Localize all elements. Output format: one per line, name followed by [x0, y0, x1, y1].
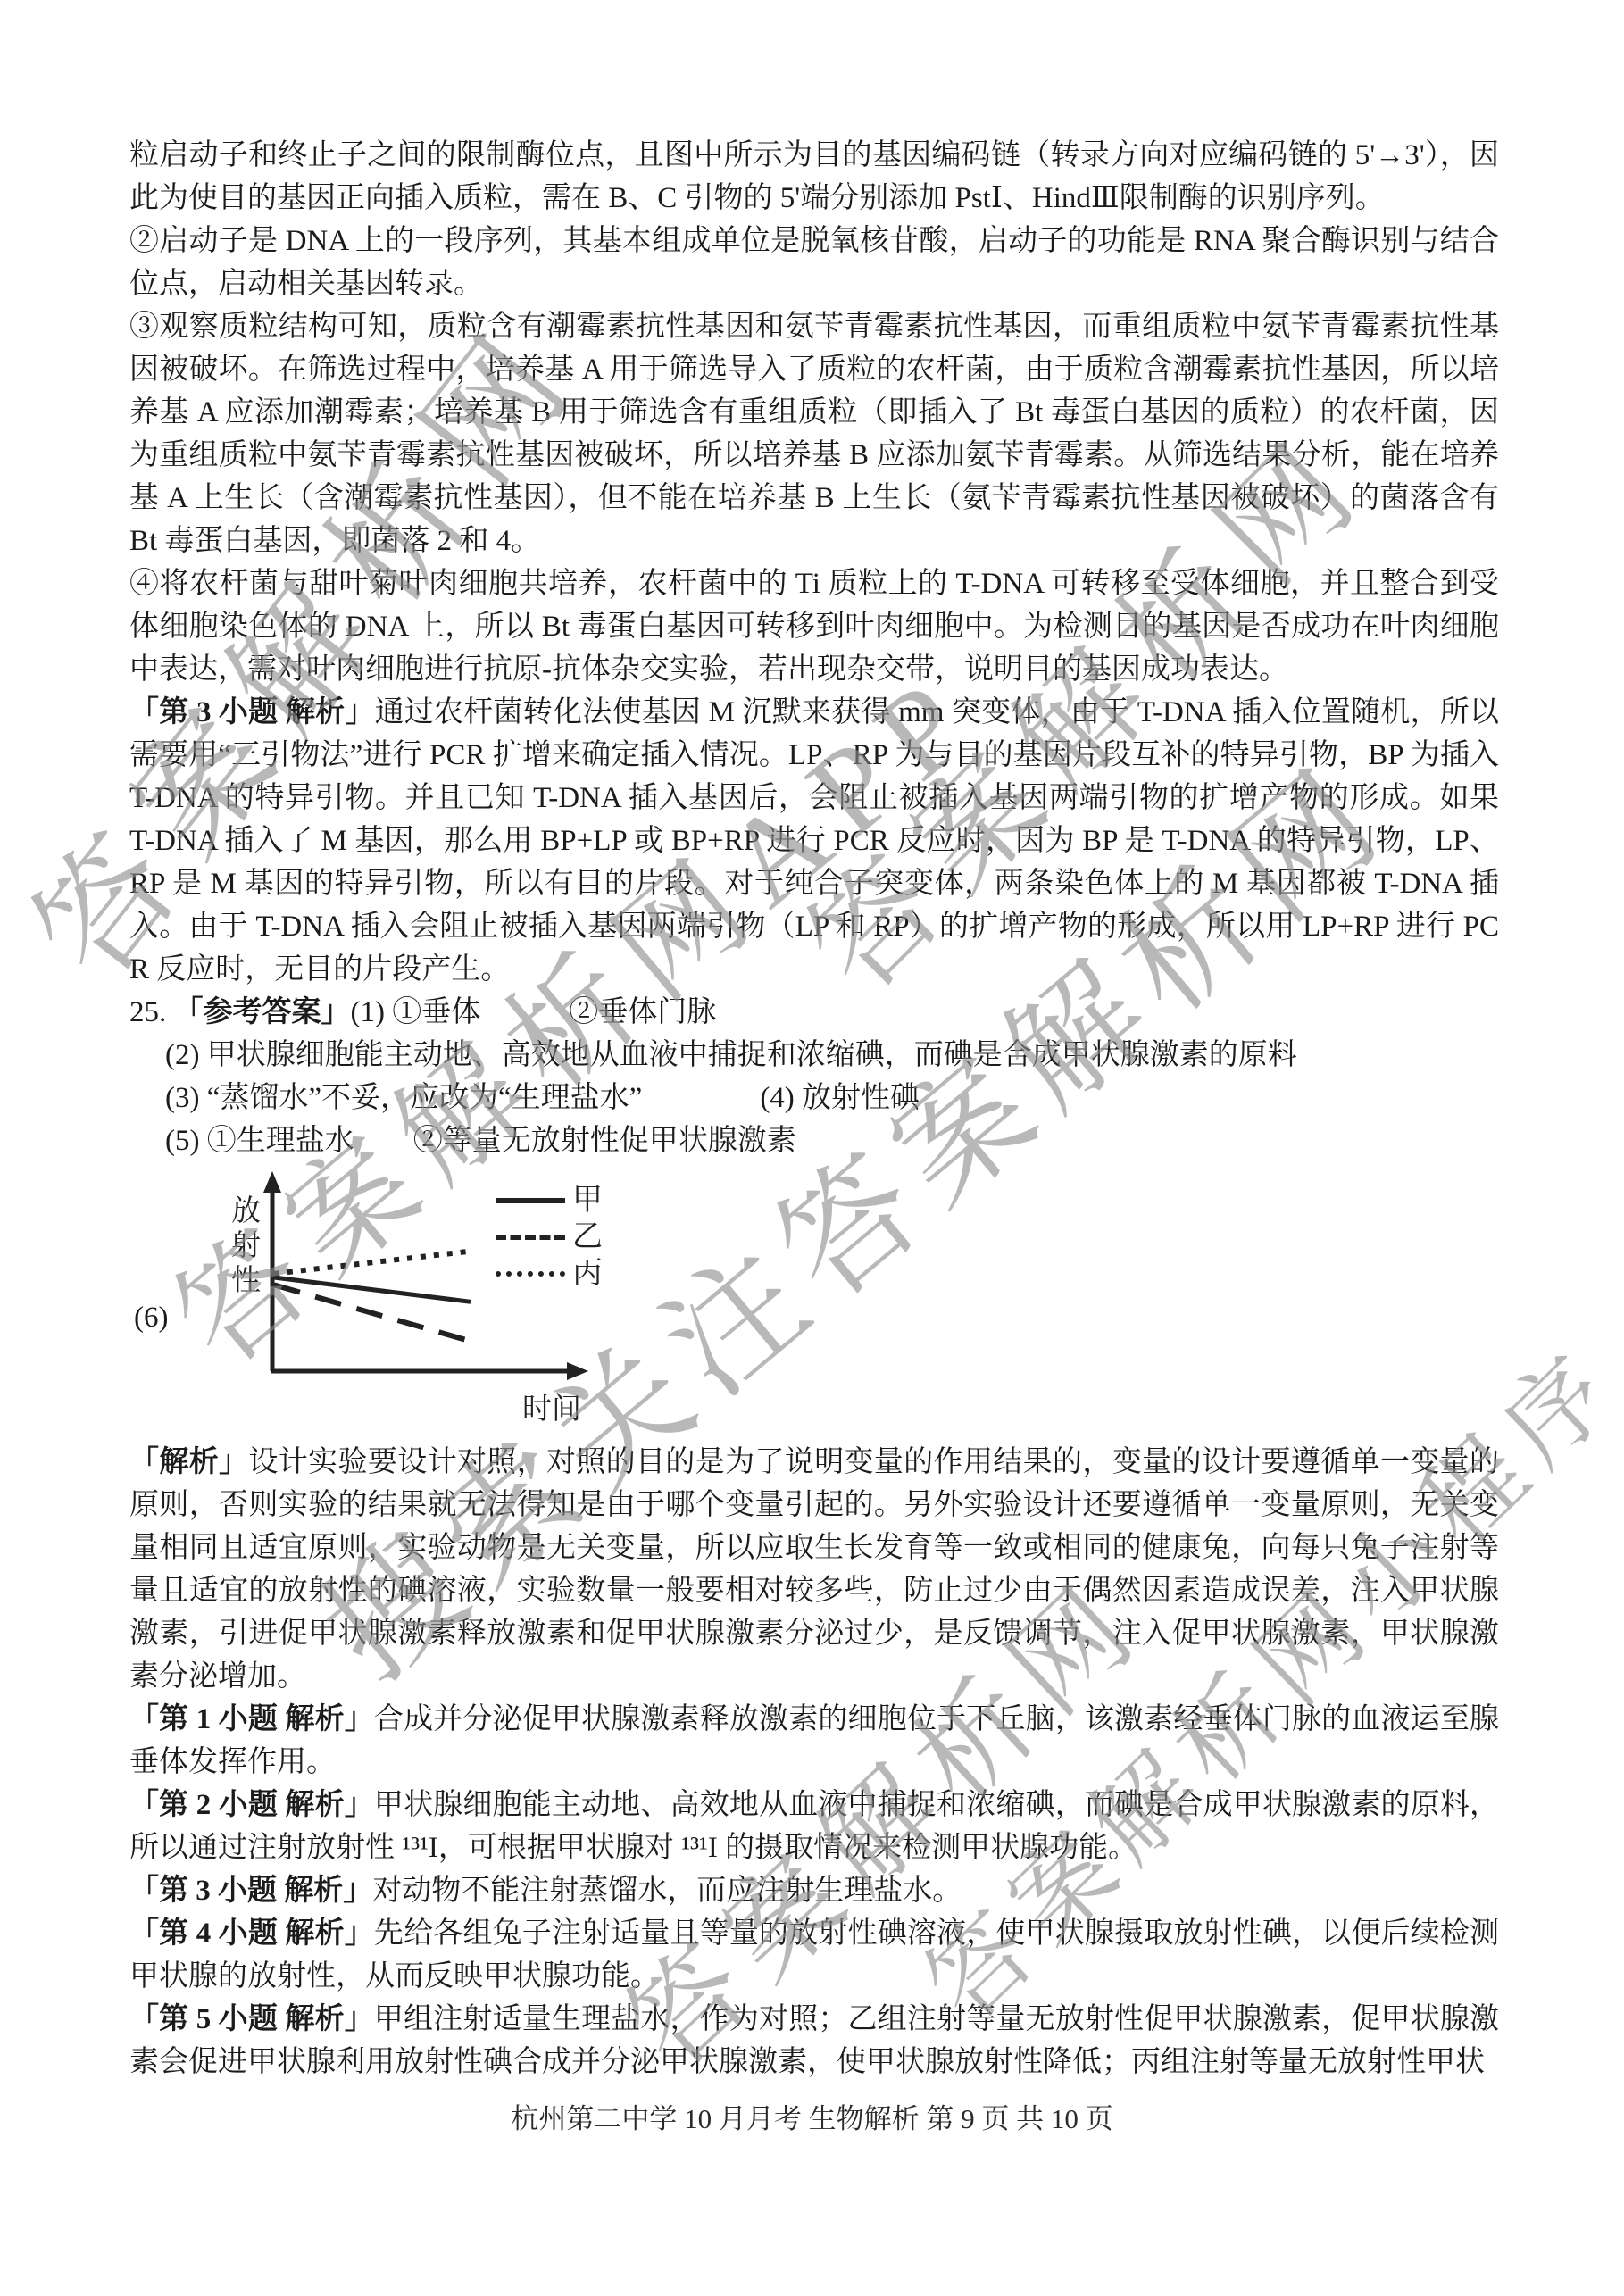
page-content: 粒启动子和终止子之间的限制酶位点，且图中所示为目的基因编码链（转录方向对应编码链… [129, 134, 1499, 2084]
paragraph-text: (1) ①垂体 ②垂体门脉 [351, 996, 717, 1028]
section-label: 「参考答案」 [174, 996, 351, 1028]
bottom-paragraph: 「第 3 小题 解析」对动物不能注射蒸馏水，而应注射生理盐水。 [129, 1869, 1499, 1912]
paragraph-text: (5) ①生理盐水 ②等量无放射性促甲状腺激素 [165, 1125, 796, 1157]
exam-answer-page: 答案解析网答案解析网APP答案解析网搜索关注答案解析网答案解析网答案解析网小程序… [0, 0, 1624, 2296]
section-label: 「解析」 [129, 1446, 248, 1478]
chart-legend: 甲乙丙 [496, 1182, 638, 1292]
top-paragraph: (3) “蒸馏水”不妥，应改为“生理盐水” (4) 放射性碘 [129, 1077, 1499, 1119]
bottom-paragraph: 「第 5 小题 解析」甲组注射适量生理盐水，作为对照；乙组注射等量无放射性促甲状… [129, 1998, 1499, 2084]
paragraph-text: ③观察质粒结构可知，质粒含有潮霉素抗性基因和氨苄青霉素抗性基因，而重组质粒中氨苄… [129, 311, 1499, 557]
legend-label: 甲 [572, 1185, 603, 1216]
legend-solid-line-icon [496, 1198, 565, 1203]
bottom-paragraph: 「第 4 小题 解析」先给各组兔子注射适量且等量的放射性碘溶液，使甲状腺摄取放射… [129, 1912, 1499, 1998]
top-paragraph: 「第 3 小题 解析」通过农杆菌转化法使基因 M 沉默来获得 mm 突变体，由于… [129, 691, 1499, 991]
page-footer: 杭州第二中学 10 月月考 生物解析 第 9 页 共 10 页 [0, 2096, 1624, 2136]
radioactivity-time-chart: 放射性 时间 甲乙丙 [212, 1166, 640, 1435]
top-paragraph: 粒启动子和终止子之间的限制酶位点，且图中所示为目的基因编码链（转录方向对应编码链… [129, 134, 1499, 220]
top-paragraph: ④将农杆菌与甜叶菊叶肉细胞共培养，农杆菌中的 Ti 质粒上的 T-DNA 可转移… [129, 562, 1499, 691]
top-paragraph: ③观察质粒结构可知，质粒含有潮霉素抗性基因和氨苄青霉素抗性基因，而重组质粒中氨苄… [129, 305, 1499, 562]
x-axis-arrow-icon [567, 1362, 588, 1380]
legend-dotted-line-icon [496, 1271, 565, 1277]
bottom-paragraph: 「第 1 小题 解析」合成并分泌促甲状腺激素释放激素的细胞位于下丘脑，该激素经垂… [129, 1698, 1499, 1784]
paragraph-text: ②启动子是 DNA 上的一段序列，其基本组成单位是脱氧核苷酸，启动子的功能是 R… [129, 225, 1499, 300]
legend-row-甲: 甲 [496, 1182, 638, 1219]
y-axis-arrow-icon [263, 1171, 281, 1193]
question6-label: (6) [134, 1302, 168, 1335]
y-axis-label: 放射性 [222, 1194, 264, 1299]
top-paragraph: 25. 「参考答案」(1) ①垂体 ②垂体门脉 [129, 991, 1499, 1034]
paragraph-text: 对动物不能注射蒸馏水，而应注射生理盐水。 [372, 1875, 962, 1907]
paragraph-text: ④将农杆菌与甜叶菊叶肉细胞共培养，农杆菌中的 Ti 质粒上的 T-DNA 可转移… [129, 568, 1499, 686]
question6-figure: (6) 放射性 时间 甲乙丙 [129, 1166, 1499, 1435]
question-number: 25. [129, 996, 174, 1028]
section-label: 「第 5 小题 解析」 [129, 2003, 374, 2035]
top-paragraph: ②启动子是 DNA 上的一段序列，其基本组成单位是脱氧核苷酸，启动子的功能是 R… [129, 220, 1499, 305]
legend-label: 丙 [572, 1259, 603, 1289]
paragraph-text: (3) “蒸馏水”不妥，应改为“生理盐水” (4) 放射性碘 [165, 1082, 920, 1114]
section-label: 「第 4 小题 解析」 [129, 1917, 374, 1950]
legend-row-乙: 乙 [496, 1219, 638, 1255]
series-line-乙 [274, 1285, 471, 1341]
top-paragraph: (2) 甲状腺细胞能主动地、高效地从血液中捕捉和浓缩碘，而碘是合成甲状腺激素的原… [129, 1034, 1499, 1077]
section-label: 「第 1 小题 解析」 [129, 1703, 374, 1735]
legend-label: 乙 [572, 1222, 603, 1252]
series-line-甲 [274, 1277, 471, 1302]
answer-text-bottom: 「解析」设计实验要设计对照，对照的目的是为了说明变量的作用结果的，变量的设计要遵… [129, 1441, 1499, 2084]
paragraph-text: 设计实验要设计对照，对照的目的是为了说明变量的作用结果的，变量的设计要遵循单一变… [129, 1446, 1499, 1693]
series-line-丙 [274, 1252, 471, 1274]
section-label: 「第 3 小题 解析」 [129, 696, 375, 728]
bottom-paragraph: 「第 2 小题 解析」甲状腺细胞能主动地、高效地从血液中捕捉和浓缩碘，而碘是合成… [129, 1784, 1499, 1869]
section-label: 「第 3 小题 解析」 [129, 1875, 372, 1907]
legend-row-丙: 丙 [496, 1255, 638, 1292]
bottom-paragraph: 「解析」设计实验要设计对照，对照的目的是为了说明变量的作用结果的，变量的设计要遵… [129, 1441, 1499, 1698]
section-label: 「第 2 小题 解析」 [129, 1789, 374, 1821]
chart-series [274, 1252, 471, 1342]
answer-text-top: 粒启动子和终止子之间的限制酶位点，且图中所示为目的基因编码链（转录方向对应编码链… [129, 134, 1499, 1162]
x-axis-label: 时间 [522, 1385, 581, 1427]
top-paragraph: (5) ①生理盐水 ②等量无放射性促甲状腺激素 [129, 1119, 1499, 1162]
paragraph-text: 粒启动子和终止子之间的限制酶位点，且图中所示为目的基因编码链（转录方向对应编码链… [129, 139, 1499, 214]
legend-dashed-line-icon [496, 1235, 565, 1240]
paragraph-text: 通过农杆菌转化法使基因 M 沉默来获得 mm 突变体，由于 T-DNA 插入位置… [129, 696, 1499, 986]
paragraph-text: (2) 甲状腺细胞能主动地、高效地从血液中捕捉和浓缩碘，而碘是合成甲状腺激素的原… [165, 1039, 1297, 1071]
